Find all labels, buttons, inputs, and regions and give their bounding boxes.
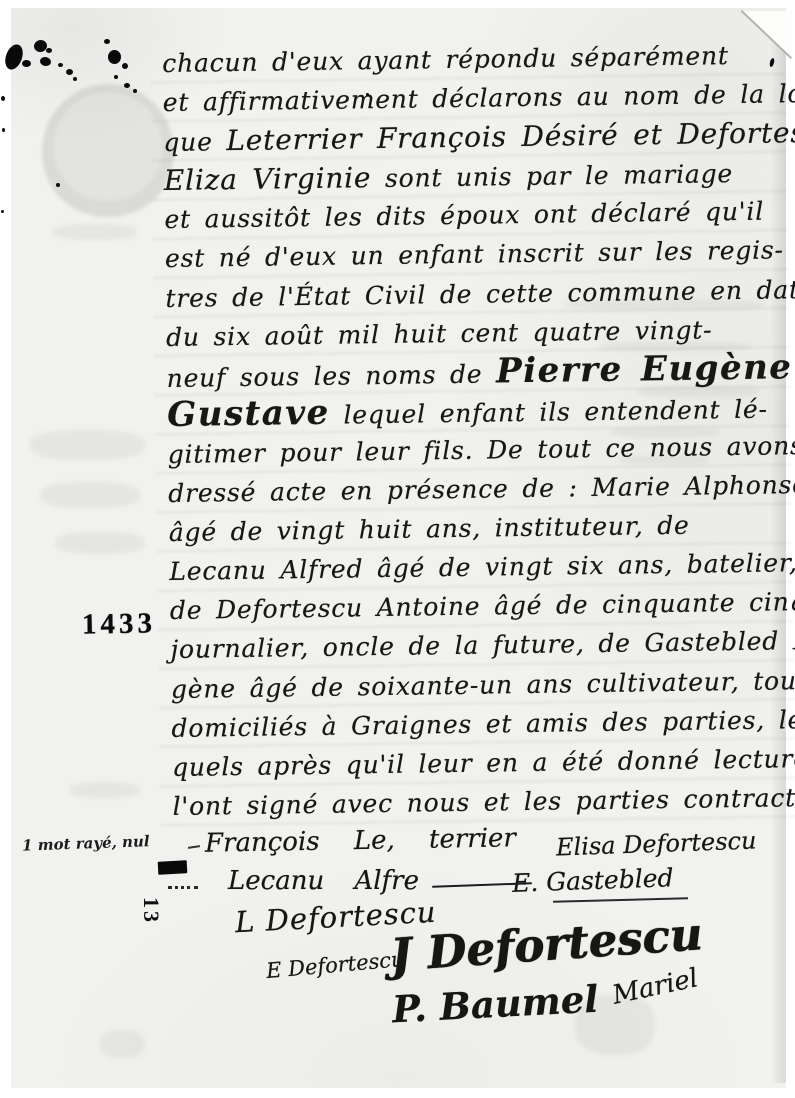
- manuscript-text: lequel enfant ils entendent lé-: [330, 394, 768, 429]
- ink-blot: [124, 83, 130, 88]
- ink-blot: [46, 48, 52, 53]
- manuscript-text: Pierre Eugène: [496, 347, 793, 391]
- manuscript-text: domiciliés à Graignes et amis des partie…: [171, 704, 795, 742]
- ink-blot: [133, 89, 137, 93]
- body-text-block: chacun d'eux ayant répondu séparémentet …: [162, 35, 795, 826]
- bleed-through-smudge: [55, 532, 145, 554]
- manuscript-text: du six août mil huit cent quatre vingt-: [166, 315, 713, 352]
- signature-flourish: [168, 886, 198, 889]
- registry-number-stamp: 1433: [82, 607, 157, 641]
- bleed-through-smudge: [40, 482, 140, 508]
- sideways-page-number: 13: [138, 890, 164, 932]
- ink-blot: [1, 210, 4, 213]
- manuscript-text: dressé acte en présence de : Marie Alpho…: [168, 470, 795, 508]
- ink-blot: [56, 183, 60, 187]
- manuscript-text: Eliza Virginie: [164, 161, 372, 197]
- bleed-through-smudge: [70, 782, 140, 798]
- manuscript-text: Leterrier François Désiré et Defortescu: [226, 116, 795, 158]
- ink-blot: [108, 50, 121, 64]
- manuscript-text: neuf sous les noms de: [166, 359, 496, 393]
- manuscript-text: et affirmativement déclarons au nom de l…: [163, 79, 795, 117]
- signature-gastebled: E. Gastebled: [512, 863, 674, 898]
- ink-blot: [122, 63, 128, 69]
- ink-blot: [104, 39, 110, 44]
- manuscript-text: chacun d'eux ayant répondu séparément: [162, 41, 729, 78]
- bleed-through-smudge: [30, 430, 145, 460]
- manuscript-text: tres de l'État Civil de cette commune en…: [165, 274, 795, 312]
- manuscript-text: gitimer pour leur fils. De tout ce nous …: [168, 431, 795, 469]
- manuscript-text: quels après qu'il leur en a été donné le…: [172, 744, 795, 782]
- ink-blot: [1, 96, 5, 101]
- ink-blot: [22, 60, 31, 67]
- black-ink-mark: [158, 860, 188, 874]
- manuscript-text: journalier, oncle de la future, de Gaste…: [170, 626, 795, 664]
- ink-blot: [66, 69, 73, 75]
- manuscript-text: sont unis par le mariage: [371, 159, 733, 193]
- ink-blot: [58, 63, 63, 67]
- manuscript-text: est né d'eux un enfant inscrit sur les r…: [165, 236, 784, 274]
- ink-blot: [114, 75, 118, 79]
- manuscript-text: de Defortescu Antoine âgé de cinquante c…: [170, 587, 795, 626]
- manuscript-text: Lecanu Alfred âgé de vingt six ans, bate…: [169, 548, 795, 586]
- manuscript-text: l'ont signé avec nous et les parties con…: [172, 782, 795, 821]
- bleed-through-smudge: [100, 1030, 145, 1058]
- manuscript-text: gène âgé de soixante-un ans cultivateur,…: [171, 666, 795, 704]
- manuscript-text: que: [163, 127, 226, 157]
- bleed-through-smudge: [52, 224, 137, 240]
- manuscript-text: Gustave: [167, 393, 330, 435]
- ink-blot: [366, 93, 369, 96]
- signature-lecanu: Lecanu Alfre: [228, 866, 419, 896]
- manuscript-text: et aussitôt les dits époux ont déclaré q…: [164, 197, 764, 234]
- ink-blot: [73, 77, 77, 81]
- manuscript-text: âgé de vingt huit ans, instituteur, de: [169, 511, 690, 547]
- document-scan: chacun d'eux ayant répondu séparémentet …: [0, 0, 795, 1098]
- signature-leterrier: François Le, terrier: [205, 823, 516, 858]
- ink-blot: [2, 128, 5, 132]
